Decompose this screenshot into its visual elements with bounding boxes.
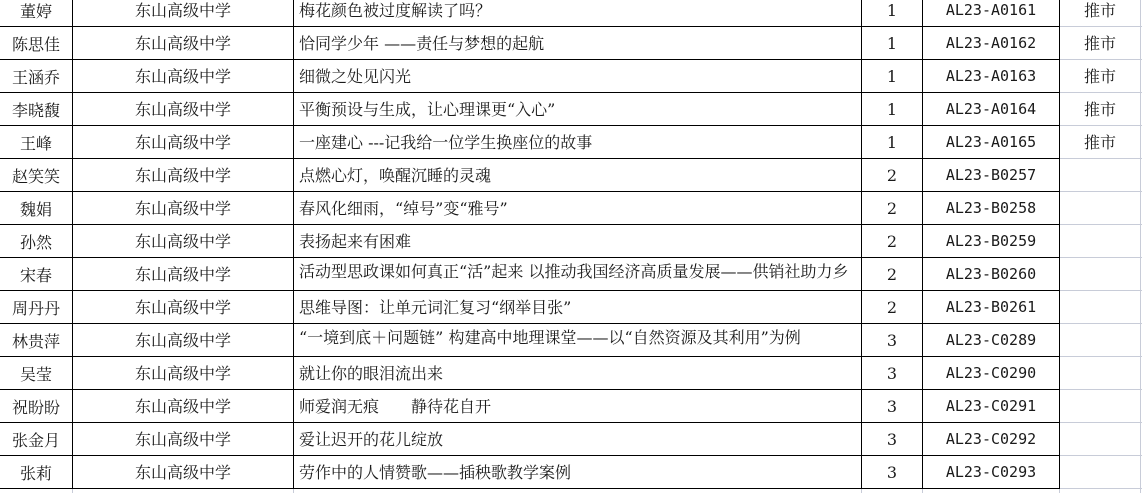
cell-school[interactable]: 东山高级中学 (73, 357, 294, 390)
cell-school[interactable]: 东山高级中学 (73, 126, 294, 159)
table-row: 董婷 东山高级中学 梅花颜色被过度解读了吗？ 1 AL23-A0161 推市 (0, 0, 1142, 27)
cell-code[interactable]: AL23-C0292 (923, 423, 1060, 456)
gridline (922, 489, 923, 493)
gridline (293, 489, 294, 493)
cell-title[interactable]: 就让你的眼泪流出来 (294, 357, 862, 390)
cell-note[interactable] (1060, 258, 1141, 291)
table-row: 张金月 东山高级中学 爱让迟开的花儿绽放 3 AL23-C0292 (0, 423, 1142, 456)
gridline (861, 489, 862, 493)
cell-code[interactable]: AL23-A0163 (923, 60, 1060, 93)
cell-school[interactable]: 东山高级中学 (73, 258, 294, 291)
table-row: 林贵萍 东山高级中学 “一境到底＋问题链” 构建高中地理课堂——以“自然资源及其… (0, 324, 1142, 357)
cell-name[interactable]: 祝盼盼 (0, 390, 73, 423)
cell-code[interactable]: AL23-B0260 (923, 258, 1060, 291)
cell-code[interactable]: AL23-B0261 (923, 291, 1060, 324)
cell-school[interactable]: 东山高级中学 (73, 456, 294, 489)
table-row: 祝盼盼 东山高级中学 师爱润无痕 静待花自开 3 AL23-C0291 (0, 390, 1142, 423)
table-row: 王涵乔 东山高级中学 细微之处见闪光 1 AL23-A0163 推市 (0, 60, 1142, 93)
cell-school[interactable]: 东山高级中学 (73, 0, 294, 27)
cell-group[interactable]: 2 (862, 192, 923, 225)
cell-code[interactable]: AL23-C0290 (923, 357, 1060, 390)
cell-note[interactable] (1060, 357, 1141, 390)
cell-school[interactable]: 东山高级中学 (73, 159, 294, 192)
cell-title[interactable]: 平衡预设与生成，让心理课更“入心” (294, 93, 862, 126)
cell-note[interactable] (1060, 390, 1141, 423)
table-row: 赵笑笑 东山高级中学 点燃心灯，唤醒沉睡的灵魂 2 AL23-B0257 (0, 159, 1142, 192)
cell-name[interactable]: 吴莹 (0, 357, 73, 390)
cell-code[interactable]: AL23-C0291 (923, 390, 1060, 423)
cell-school[interactable]: 东山高级中学 (73, 60, 294, 93)
cell-note[interactable]: 推市 (1060, 60, 1141, 93)
cell-group[interactable]: 1 (862, 27, 923, 60)
cell-title[interactable]: 活动型思政课如何真正“活”起来 以推动我国经济高质量发展——供销社助力乡村振兴的… (294, 258, 862, 291)
cell-name[interactable]: 赵笑笑 (0, 159, 73, 192)
cell-code[interactable]: AL23-A0165 (923, 126, 1060, 159)
cell-note[interactable]: 推市 (1060, 126, 1141, 159)
cell-group[interactable]: 1 (862, 93, 923, 126)
gridline (1059, 489, 1060, 493)
table-row: 周丹丹 东山高级中学 思维导图：让单元词汇复习“纲举目张” 2 AL23-B02… (0, 291, 1142, 324)
cell-group[interactable]: 3 (862, 324, 923, 357)
cell-title[interactable]: 细微之处见闪光 (294, 60, 862, 93)
gridline-tail (0, 489, 1142, 493)
cell-group[interactable]: 2 (862, 258, 923, 291)
cell-note[interactable]: 推市 (1060, 93, 1141, 126)
cell-school[interactable]: 东山高级中学 (73, 225, 294, 258)
cell-title[interactable]: 一座建心 ---记我给一位学生换座位的故事 (294, 126, 862, 159)
cell-note[interactable] (1060, 192, 1141, 225)
cell-title[interactable]: 师爱润无痕 静待花自开 (294, 390, 862, 423)
gridline (1140, 489, 1141, 493)
table-row: 王峰 东山高级中学 一座建心 ---记我给一位学生换座位的故事 1 AL23-A… (0, 126, 1142, 159)
cell-group[interactable]: 1 (862, 0, 923, 27)
cell-group[interactable]: 3 (862, 357, 923, 390)
cell-group[interactable]: 3 (862, 423, 923, 456)
cell-title[interactable]: 恰同学少年 ——责任与梦想的起航 (294, 27, 862, 60)
cell-school[interactable]: 东山高级中学 (73, 324, 294, 357)
cell-group[interactable]: 1 (862, 126, 923, 159)
cell-name[interactable]: 宋春 (0, 258, 73, 291)
cell-name[interactable]: 张金月 (0, 423, 73, 456)
cell-group[interactable]: 2 (862, 291, 923, 324)
cell-school[interactable]: 东山高级中学 (73, 291, 294, 324)
cell-code[interactable]: AL23-A0161 (923, 0, 1060, 27)
cell-title[interactable]: 梅花颜色被过度解读了吗？ (294, 0, 862, 27)
cell-group[interactable]: 2 (862, 159, 923, 192)
cell-note[interactable] (1060, 456, 1141, 489)
cell-group[interactable]: 1 (862, 60, 923, 93)
cell-note[interactable]: 推市 (1060, 27, 1141, 60)
cell-title[interactable]: “一境到底＋问题链” 构建高中地理课堂——以“自然资源及其利用”为例 (294, 324, 862, 357)
cell-name[interactable]: 林贵萍 (0, 324, 73, 357)
cell-note[interactable] (1060, 324, 1141, 357)
cell-code[interactable]: AL23-A0164 (923, 93, 1060, 126)
table-row: 魏娟 东山高级中学 春风化细雨，“绰号”变“雅号” 2 AL23-B0258 (0, 192, 1142, 225)
cell-code[interactable]: AL23-A0162 (923, 27, 1060, 60)
cell-code[interactable]: AL23-B0258 (923, 192, 1060, 225)
cell-name[interactable]: 周丹丹 (0, 291, 73, 324)
cell-school[interactable]: 东山高级中学 (73, 390, 294, 423)
cell-group[interactable]: 3 (862, 456, 923, 489)
cell-note[interactable] (1060, 291, 1141, 324)
cell-school[interactable]: 东山高级中学 (73, 93, 294, 126)
table-row: 宋春 东山高级中学 活动型思政课如何真正“活”起来 以推动我国经济高质量发展——… (0, 258, 1142, 291)
cell-note[interactable] (1060, 423, 1141, 456)
table-row: 孙然 东山高级中学 表扬起来有困难 2 AL23-B0259 (0, 225, 1142, 258)
table-row: 陈思佳 东山高级中学 恰同学少年 ——责任与梦想的起航 1 AL23-A0162… (0, 27, 1142, 60)
cell-code[interactable]: AL23-C0289 (923, 324, 1060, 357)
cell-title[interactable]: 爱让迟开的花儿绽放 (294, 423, 862, 456)
cell-name[interactable]: 董婷 (0, 0, 73, 27)
cell-note[interactable]: 推市 (1060, 0, 1141, 27)
cell-school[interactable]: 东山高级中学 (73, 192, 294, 225)
cell-note[interactable] (1060, 225, 1141, 258)
cell-title[interactable]: 表扬起来有困难 (294, 225, 862, 258)
cell-code[interactable]: AL23-C0293 (923, 456, 1060, 489)
gridline (72, 489, 73, 493)
table-row: 李晓馥 东山高级中学 平衡预设与生成，让心理课更“入心” 1 AL23-A016… (0, 93, 1142, 126)
cell-name[interactable]: 孙然 (0, 225, 73, 258)
cell-name[interactable]: 魏娟 (0, 192, 73, 225)
cell-name[interactable]: 王涵乔 (0, 60, 73, 93)
cell-title[interactable]: 思维导图：让单元词汇复习“纲举目张” (294, 291, 862, 324)
cell-school[interactable]: 东山高级中学 (73, 27, 294, 60)
cell-code[interactable]: AL23-B0257 (923, 159, 1060, 192)
cell-note[interactable] (1060, 159, 1141, 192)
spreadsheet-table: 董婷 东山高级中学 梅花颜色被过度解读了吗？ 1 AL23-A0161 推市 陈… (0, 0, 1142, 489)
cell-title[interactable]: 春风化细雨，“绰号”变“雅号” (294, 192, 862, 225)
table-row: 吴莹 东山高级中学 就让你的眼泪流出来 3 AL23-C0290 (0, 357, 1142, 390)
cell-name[interactable]: 陈思佳 (0, 27, 73, 60)
cell-title[interactable]: 点燃心灯，唤醒沉睡的灵魂 (294, 159, 862, 192)
cell-group[interactable]: 2 (862, 225, 923, 258)
cell-code[interactable]: AL23-B0259 (923, 225, 1060, 258)
cell-name[interactable]: 李晓馥 (0, 93, 73, 126)
table-row: 张莉 东山高级中学 劳作中的人情赞歌——插秧歌教学案例 3 AL23-C0293 (0, 456, 1142, 489)
cell-name[interactable]: 王峰 (0, 126, 73, 159)
cell-name[interactable]: 张莉 (0, 456, 73, 489)
cell-school[interactable]: 东山高级中学 (73, 423, 294, 456)
cell-title[interactable]: 劳作中的人情赞歌——插秧歌教学案例 (294, 456, 862, 489)
cell-group[interactable]: 3 (862, 390, 923, 423)
